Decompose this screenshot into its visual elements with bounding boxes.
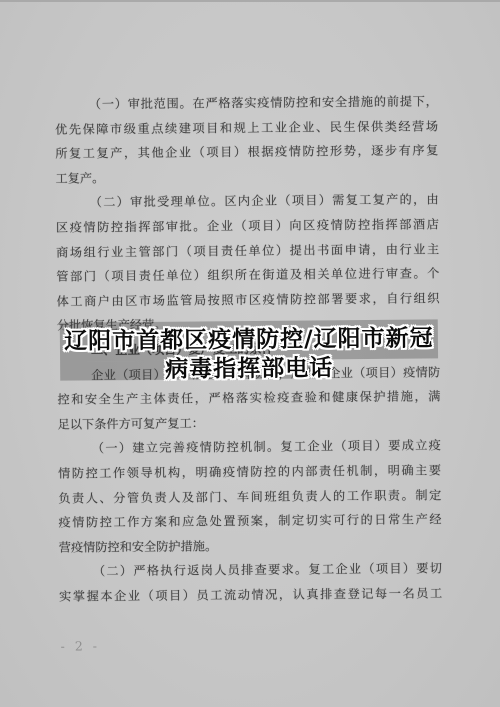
page-number: - 2 - — [61, 638, 100, 653]
scan-text-line: 疫情防控工作方案和应急处置预案，制定切实可行的日常生产经 — [58, 512, 441, 537]
scan-text-line: 管部门（项目责任单位）组织所在街道及相关单位进行审查。个 — [56, 266, 439, 291]
scan-text-line: （二）严格执行返岗人员排查要求。复工企业（项目）要切 — [59, 561, 442, 586]
scan-text-line: 区疫情防控指挥部审批。企业（项目）向区疫情防控指挥部酒店 — [56, 216, 439, 241]
overlay-headline-line2: 病毒指挥部电话 — [56, 353, 442, 385]
scan-text-line: 负责人、分管负责人及部门、车间班组负责人的工作职责。制定 — [58, 487, 441, 512]
scan-tilt-wrapper: （一）审批范围。在严格落实疫情防控和安全措施的前提下，优先保障市级重点续建项目和… — [0, 0, 500, 707]
overlay-headline-line1: 辽阳市首都区疫情防控/辽阳市新冠 — [56, 324, 442, 356]
scan-text-line: （二）审批受理单位。区内企业（项目）需复工复产的，由 — [56, 192, 439, 217]
scan-text-line: 工复产。 — [55, 167, 438, 192]
scan-text-line: 控和安全生产主体责任，严格落实检疫查验和健康保护措施，满 — [57, 389, 440, 414]
scan-text-line: 足以下条件方可复产复工： — [58, 413, 441, 438]
scanned-document-page: （一）审批范围。在严格落实疫情防控和安全措施的前提下，优先保障市级重点续建项目和… — [0, 0, 500, 707]
scan-text-line: 优先保障市级重点续建项目和规上工业企业、民生保供类经营场 — [55, 118, 438, 143]
scan-text-line: 情防控工作领导机构，明确疫情防控的内部责任机制，明确主要 — [58, 462, 441, 487]
scan-text-line: 实掌握本企业（项目）员工流动情况，认真排查登记每一名员工 — [59, 585, 442, 610]
scan-text-line: 商场组行业主管部门（项目责任单位）提出书面申请，由行业主 — [56, 241, 439, 266]
scan-text-line: 所复工复产，其他企业（项目）根据疫情防控形势，逐步有序复 — [55, 143, 438, 168]
scan-text-line: （一）审批范围。在严格落实疫情防控和安全措施的前提下， — [55, 93, 438, 118]
scan-text-line: 营疫情防控和安全防护措施。 — [59, 536, 442, 561]
scan-text-line: （一）建立完善疫情防控机制。复工企业（项目）要成立疫 — [58, 438, 441, 463]
scan-text-line: 体工商户由区市场监管局按照市区疫情防控部署要求，自行组织 — [56, 290, 439, 315]
overlay-headline: 辽阳市首都区疫情防控/辽阳市新冠 病毒指挥部电话 — [56, 324, 442, 384]
